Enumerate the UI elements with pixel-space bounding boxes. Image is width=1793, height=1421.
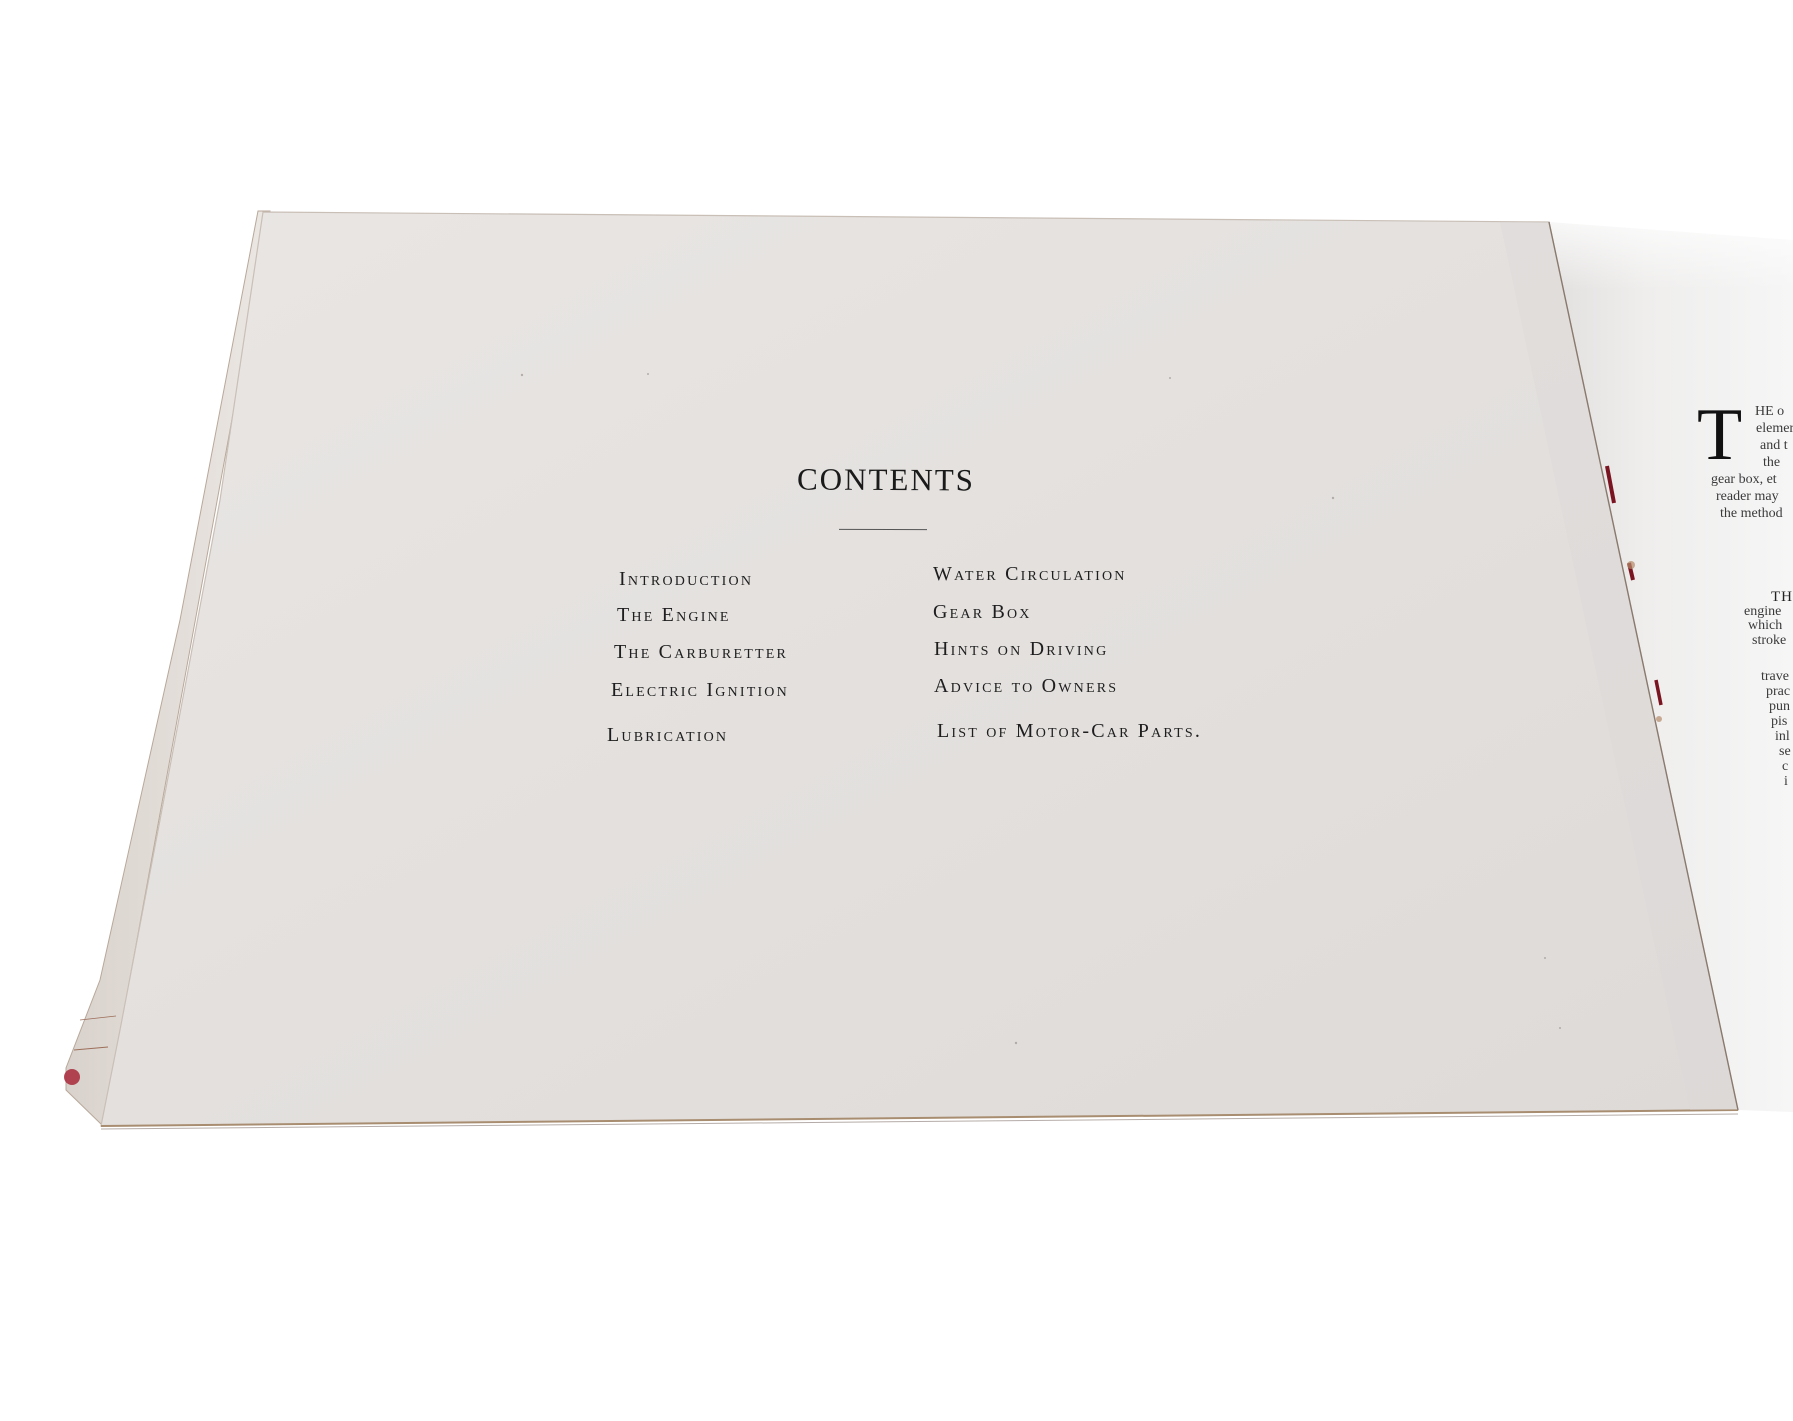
text-fragment: and t xyxy=(1760,438,1788,454)
toc-item: The Carburetter xyxy=(614,641,788,664)
toc-item: Introduction xyxy=(619,568,753,591)
text-fragment: elemer xyxy=(1756,421,1793,437)
text-fragment: stroke xyxy=(1752,633,1786,649)
text-fragment: pun xyxy=(1769,699,1790,715)
left-page-surface xyxy=(101,212,1738,1129)
text-fragment: i xyxy=(1784,774,1788,790)
text-fragment: prac xyxy=(1766,684,1790,700)
toc-item: Gear Box xyxy=(933,601,1032,624)
text-fragment: which xyxy=(1748,618,1782,634)
booklet-paper xyxy=(0,0,1793,1421)
text-fragment: se xyxy=(1779,744,1791,760)
text-fragment: c xyxy=(1782,759,1788,775)
drop-cap: T xyxy=(1697,398,1742,472)
text-fragment: the method xyxy=(1720,506,1783,522)
text-fragment: reader may xyxy=(1716,489,1779,505)
text-fragment: inl xyxy=(1775,729,1790,745)
toc-item: List of Motor-Car Parts. xyxy=(937,720,1202,743)
toc-item: Lubrication xyxy=(607,724,728,747)
toc-item: Advice to Owners xyxy=(934,675,1118,698)
text-fragment: gear box, et xyxy=(1711,472,1777,488)
text-fragment: HE o xyxy=(1755,404,1784,420)
text-fragment: the xyxy=(1763,455,1780,471)
toc-item: Electric Ignition xyxy=(611,679,789,702)
photo-stage: CONTENTS Introduction The Engine The Car… xyxy=(0,0,1793,1421)
toc-item: The Engine xyxy=(617,604,731,627)
text-fragment: trave xyxy=(1761,669,1789,685)
toc-item: Hints on Driving xyxy=(934,638,1108,661)
contents-title: CONTENTS xyxy=(797,462,975,499)
text-fragment: pis xyxy=(1771,714,1787,730)
toc-item: Water Circulation xyxy=(933,563,1127,586)
